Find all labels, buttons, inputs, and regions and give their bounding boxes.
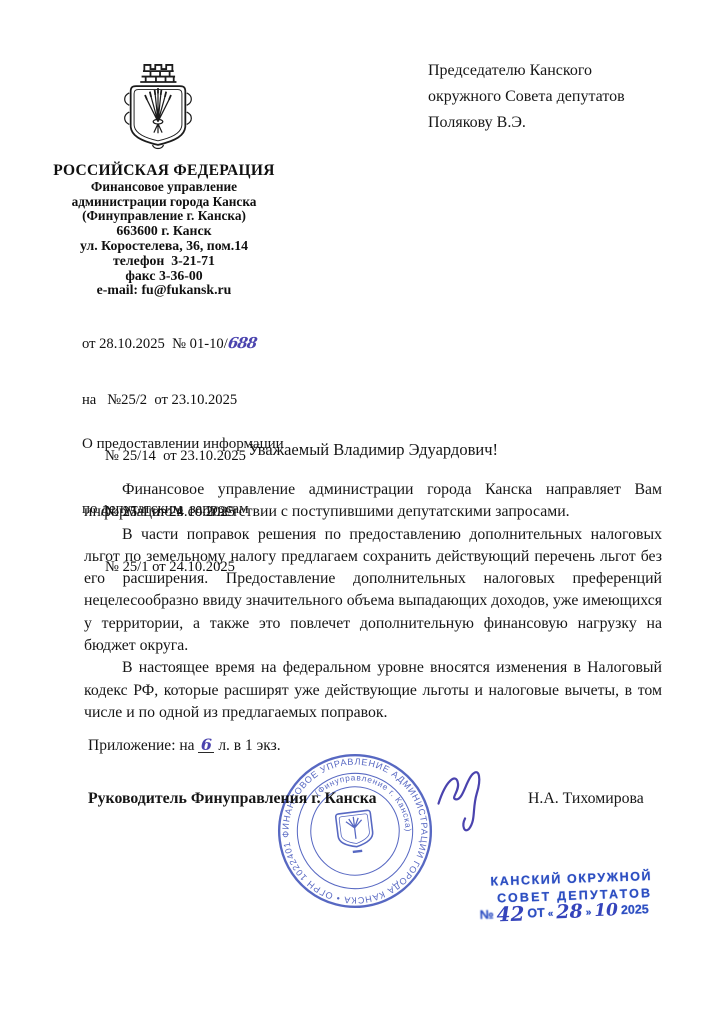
stamp-from-label: ОТ — [527, 906, 545, 921]
attachment-pages-handwritten: 6 — [198, 738, 214, 753]
attachment-line: Приложение: на 6 л. в 1 экз. — [88, 737, 281, 755]
letter-page: РОССИЙСКАЯ ФЕДЕРАЦИЯ Финансовое управлен… — [0, 0, 724, 1024]
stamp-number-sign: № — [479, 908, 493, 922]
letterhead-org-line1: Финансовое управление — [28, 180, 300, 195]
stamp-number-line: № 42 ОТ « 28 » 10 2025 — [479, 902, 653, 922]
kansk-coat-of-arms-icon — [117, 60, 199, 156]
paragraph-2: В части поправок решения по предоставлен… — [84, 524, 662, 658]
salutation: Уважаемый Владимир Эдуардович! — [84, 440, 662, 460]
attachment-tail: л. в 1 экз. — [214, 737, 280, 754]
seal-emblem — [335, 810, 374, 853]
letterhead-street: ул. Коростелева, 36, пом.14 — [28, 239, 300, 254]
paragraph-3: В настоящее время на федеральном уровне … — [84, 657, 662, 724]
handwritten-signature — [433, 765, 491, 834]
stamp-quote-open: « — [548, 908, 554, 919]
letterhead-postal: 663600 г. Канск — [28, 224, 300, 239]
recipient-line3: Полякову В.Э. — [428, 110, 698, 136]
official-round-seal: ФИНАНСОВОЕ УПРАВЛЕНИЕ АДМИНИСТРАЦИИ ГОРО… — [267, 743, 443, 919]
signer-name: Н.А. Тихомирова — [528, 790, 644, 808]
letterhead-country: РОССИЙСКАЯ ФЕДЕРАЦИЯ — [28, 162, 300, 180]
outgoing-ref-prefix: от 28.10.2025 № 01-10/ — [82, 336, 228, 352]
outgoing-ref-number-handwritten: 688 — [226, 334, 257, 353]
letterhead-phone: телефон 3-21-71 — [28, 254, 300, 269]
stamp-number-handwritten: 42 — [496, 906, 524, 921]
letterhead-fax: факс 3-36-00 — [28, 269, 300, 284]
letterhead-org-line2: администрации города Канска — [28, 195, 300, 210]
stamp-day-handwritten: 28 — [556, 904, 583, 919]
attachment-label: Приложение: на — [88, 737, 198, 754]
letter-body: Финансовое управление администрации горо… — [84, 479, 662, 724]
recipient-line2: окружного Совета депутатов — [428, 84, 698, 110]
recipient-line1: Председателю Канского — [428, 58, 698, 84]
recipient-block: Председателю Канского окружного Совета д… — [428, 58, 698, 136]
incoming-registration-stamp: КАНСКИЙ ОКРУЖНОЙ СОВЕТ ДЕПУТАТОВ № 42 ОТ… — [478, 869, 653, 922]
stamp-month-handwritten: 10 — [594, 903, 618, 918]
stamp-quote-close: » — [586, 907, 592, 918]
outgoing-ref: от 28.10.2025 № 01-10/688 — [82, 334, 256, 354]
stamp-year: 2025 — [621, 902, 649, 917]
paragraph-1: Финансовое управление администрации горо… — [84, 479, 662, 524]
letterhead-org-line3: (Финуправление г. Канска) — [28, 209, 300, 224]
letterhead: РОССИЙСКАЯ ФЕДЕРАЦИЯ Финансовое управлен… — [28, 162, 300, 298]
